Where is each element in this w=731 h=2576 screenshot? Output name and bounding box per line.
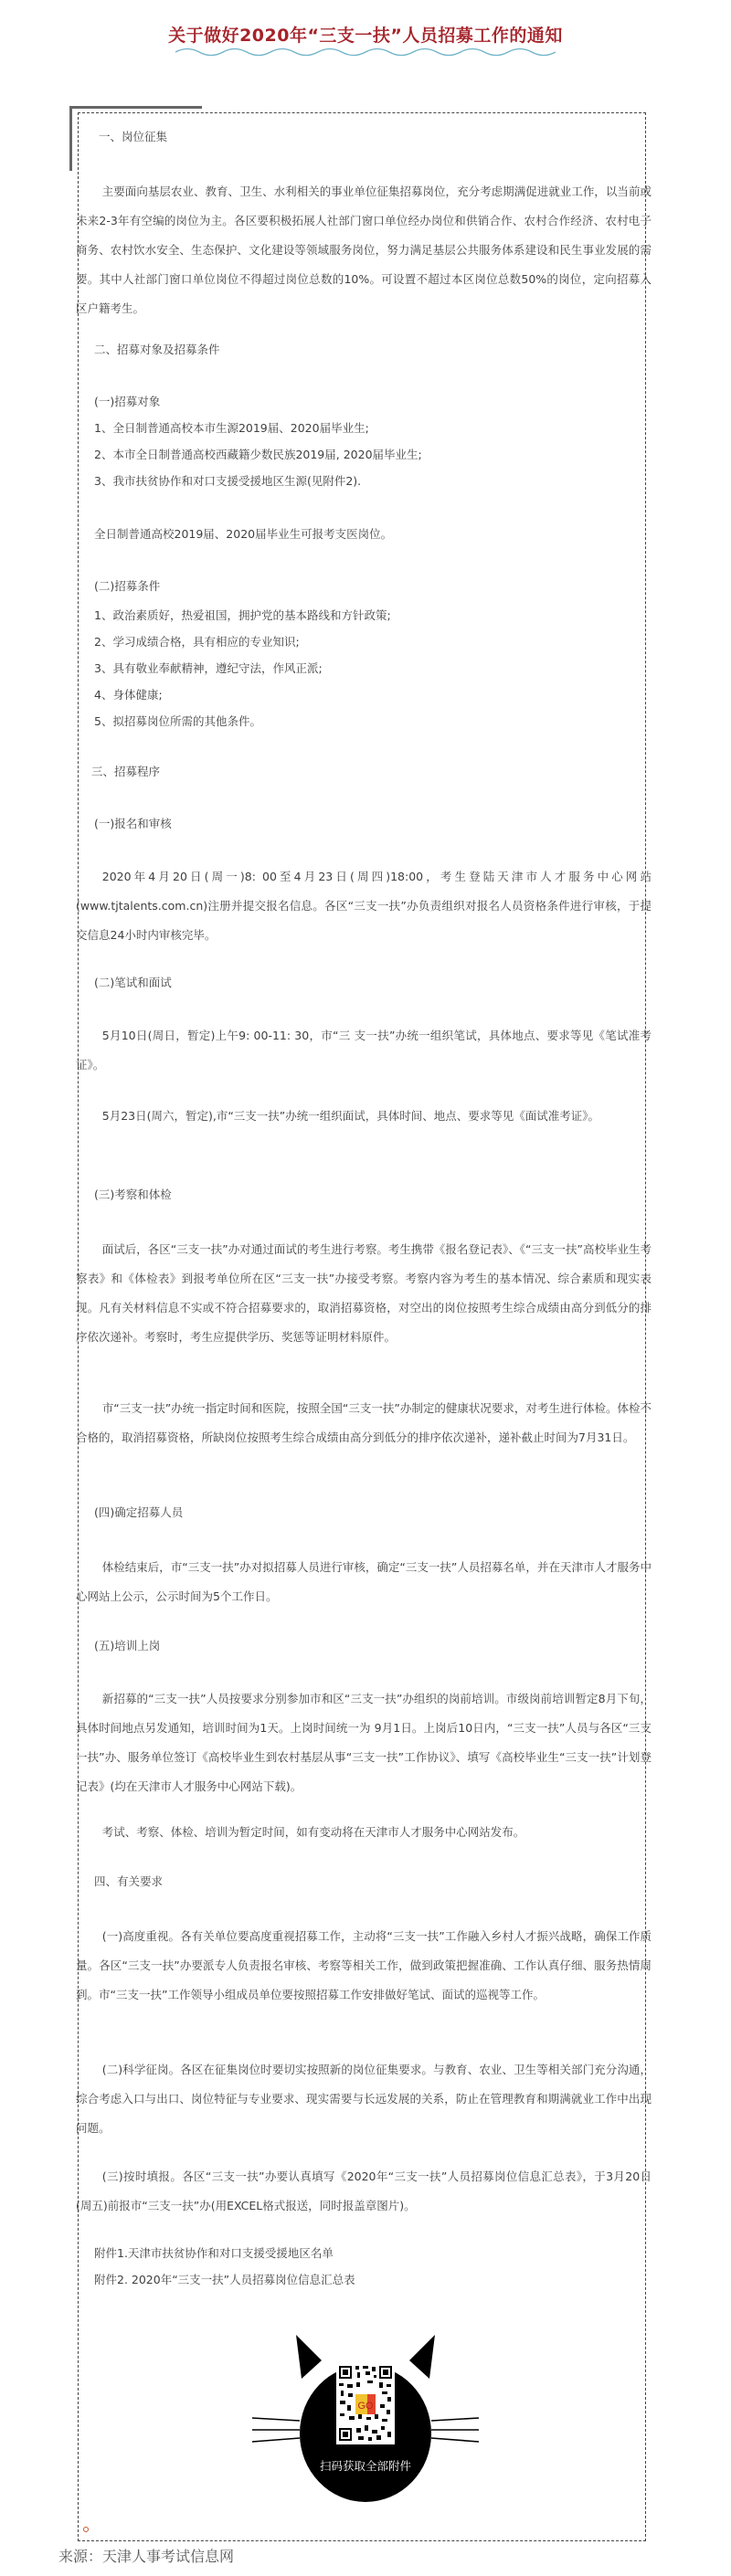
section-heading-1: 一、岗位征集 xyxy=(99,128,167,146)
list-item: 5、拟招募岗位所需的其他条件。 xyxy=(94,713,261,731)
subsection-heading-2-1: (一)招募对象 xyxy=(94,393,160,411)
list-item: 4、身体健康; xyxy=(94,686,163,704)
medical-check-paragraph: 市“三支一扶”办统一指定时间和医院，按照全国“三支一扶”办制定的健康状况要求，对… xyxy=(76,1394,652,1452)
section-1-paragraph: 主要面向基层农业、教育、卫生、水利相关的事业单位征集招募岗位，充分考虑期满促进就… xyxy=(76,177,652,323)
eligibility-note: 全日制普通高校2019届、2020届毕业生可报考支医岗位。 xyxy=(94,525,392,544)
written-exam-paragraph: 5月10日(周日，暂定)上午9: 00-11: 30，市“三 支一扶”办统一组织… xyxy=(76,1021,652,1080)
registration-paragraph: 2020年4月20日(周一)8: 00至4月23日(周四)18:00，考生登陆天… xyxy=(76,862,652,950)
list-item: 3、具有敬业奉献精神，遵纪守法，作风正派; xyxy=(94,660,323,678)
subsection-heading-3-3: (三)考察和体检 xyxy=(94,1186,172,1204)
requirement-paragraph-3: (三)按时填报。各区“三支一扶”办要认真填写《2020年“三支一扶”人员招募岗位… xyxy=(76,2162,652,2221)
list-item: 1、全日制普通高校本市生源2019届、2020届毕业生; xyxy=(94,419,369,438)
list-item: 2、本市全日制普通高校西藏籍少数民族2019届, 2020届毕业生; xyxy=(94,446,422,464)
list-item: 2、学习成绩合格，具有相应的专业知识; xyxy=(94,633,300,651)
section-heading-4: 四、有关要求 xyxy=(94,1873,163,1891)
section-heading-3: 三、招募程序 xyxy=(91,763,160,781)
source-credit: 来源：天津人事考试信息网 xyxy=(58,2545,234,2566)
inspection-paragraph: 面试后，各区“三支一扶”办对通过面试的考生进行考察。考生携带《报名登记表》、《“… xyxy=(76,1235,652,1352)
tentative-schedule-note: 考试、考察、体检、培训为暂定时间，如有变动将在天津市人才服务中心网站发布。 xyxy=(76,1818,652,1847)
training-paragraph: 新招募的“三支一扶”人员按要求分别参加市和区“三支一扶”办组织的岗前培训。市级岗… xyxy=(76,1684,652,1801)
subsection-heading-3-1: (一)报名和审核 xyxy=(94,815,172,833)
wave-divider-icon xyxy=(175,46,556,58)
attachment-link-2[interactable]: 附件2. 2020年“三支一扶”人员招募岗位信息汇总表 xyxy=(94,2271,355,2289)
attachment-link-1[interactable]: 附件1.天津市扶贫协作和对口支援受援地区名单 xyxy=(94,2244,334,2263)
confirm-recruits-paragraph: 体检结束后，市“三支一扶”办对拟招募人员进行审核，确定“三支一扶”人员招募名单，… xyxy=(76,1553,652,1611)
qr-code-cat-badge[interactable]: GO xyxy=(249,2333,482,2502)
notice-title: 关于做好2020年“三支一扶”人员招募工作的通知 xyxy=(0,22,731,47)
requirement-paragraph-1: (一)高度重视。各有关单位要高度重视招募工作，主动将“三支一扶”工作融入乡村人才… xyxy=(76,1922,652,2010)
subsection-heading-3-2: (二)笔试和面试 xyxy=(94,974,172,992)
requirement-paragraph-2: (二)科学征岗。各区在征集岗位时要切实按照新的岗位征集要求。与教育、农业、卫生等… xyxy=(76,2055,652,2143)
subsection-heading-3-5: (五)培训上岗 xyxy=(94,1637,160,1655)
list-item: 1、政治素质好，热爱祖国，拥护党的基本路线和方针政策; xyxy=(94,607,391,625)
interview-paragraph: 5月23日(周六，暂定),市“三支一扶”办统一组织面试，具体时间、地点、要求等见… xyxy=(76,1102,652,1131)
section-heading-2: 二、招募对象及招募条件 xyxy=(94,341,220,359)
red-dot-decoration xyxy=(83,2527,89,2532)
list-item: 3、我市扶贫协作和对口支援受援地区生源(见附件2). xyxy=(94,472,361,491)
subsection-heading-3-4: (四)确定招募人员 xyxy=(94,1504,183,1522)
cat-ear-right-icon xyxy=(409,2335,435,2379)
subsection-heading-2-2: (二)招募条件 xyxy=(94,577,160,596)
cat-ear-left-icon xyxy=(296,2335,322,2379)
qr-caption: 扫码获取全部附件 xyxy=(0,2457,731,2474)
go-badge-icon: GO xyxy=(357,2401,374,2412)
